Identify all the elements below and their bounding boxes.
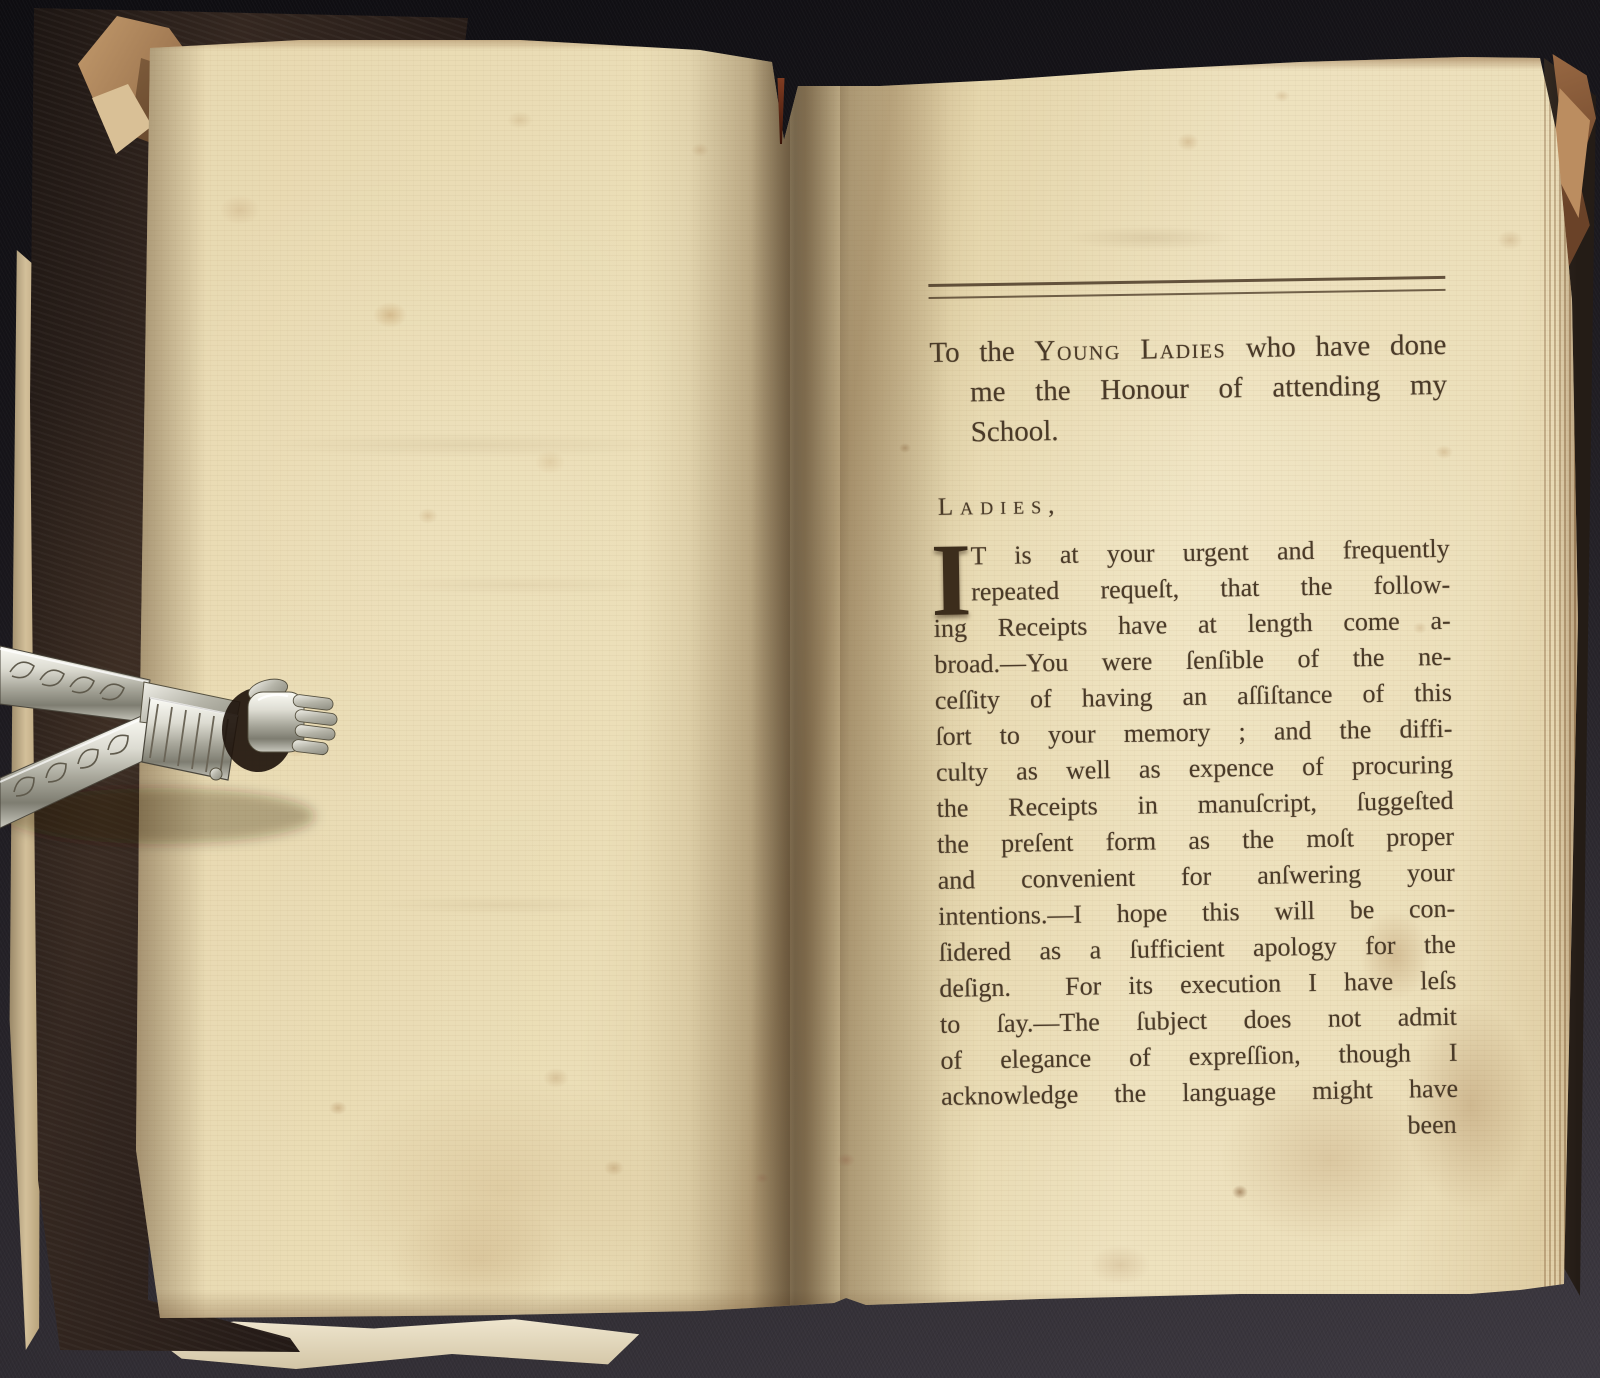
- dedication-text: who have done: [1226, 329, 1447, 364]
- dedication-line: me the Honour of attending my: [930, 365, 1448, 413]
- bookmark-hand: [246, 675, 338, 755]
- right-page-text: To the Young Ladies who have done me the…: [928, 254, 1459, 1151]
- drop-cap: I: [930, 540, 972, 621]
- paragraph-lines: T is at your urgent and frequentlyrepeat…: [932, 531, 1458, 1115]
- double-rule: [928, 276, 1445, 299]
- body-paragraph: I T is at your urgent and frequentlyrepe…: [932, 531, 1459, 1151]
- silver-bookmark-clip: [0, 616, 348, 874]
- dedication-text: To the: [929, 335, 1035, 369]
- photo-open-antique-book: To the Young Ladies who have done me the…: [0, 0, 1600, 1378]
- bookmark-strap-upper: [0, 646, 150, 722]
- dedication-text: [1120, 334, 1140, 366]
- dedication-small-caps: Young: [1034, 334, 1121, 367]
- salutation: Ladies,: [932, 485, 1449, 523]
- dedication-heading: To the Young Ladies who have done me the…: [929, 325, 1448, 453]
- dedication-small-caps: Ladies: [1140, 332, 1226, 365]
- dedication-line: School.: [930, 405, 1448, 453]
